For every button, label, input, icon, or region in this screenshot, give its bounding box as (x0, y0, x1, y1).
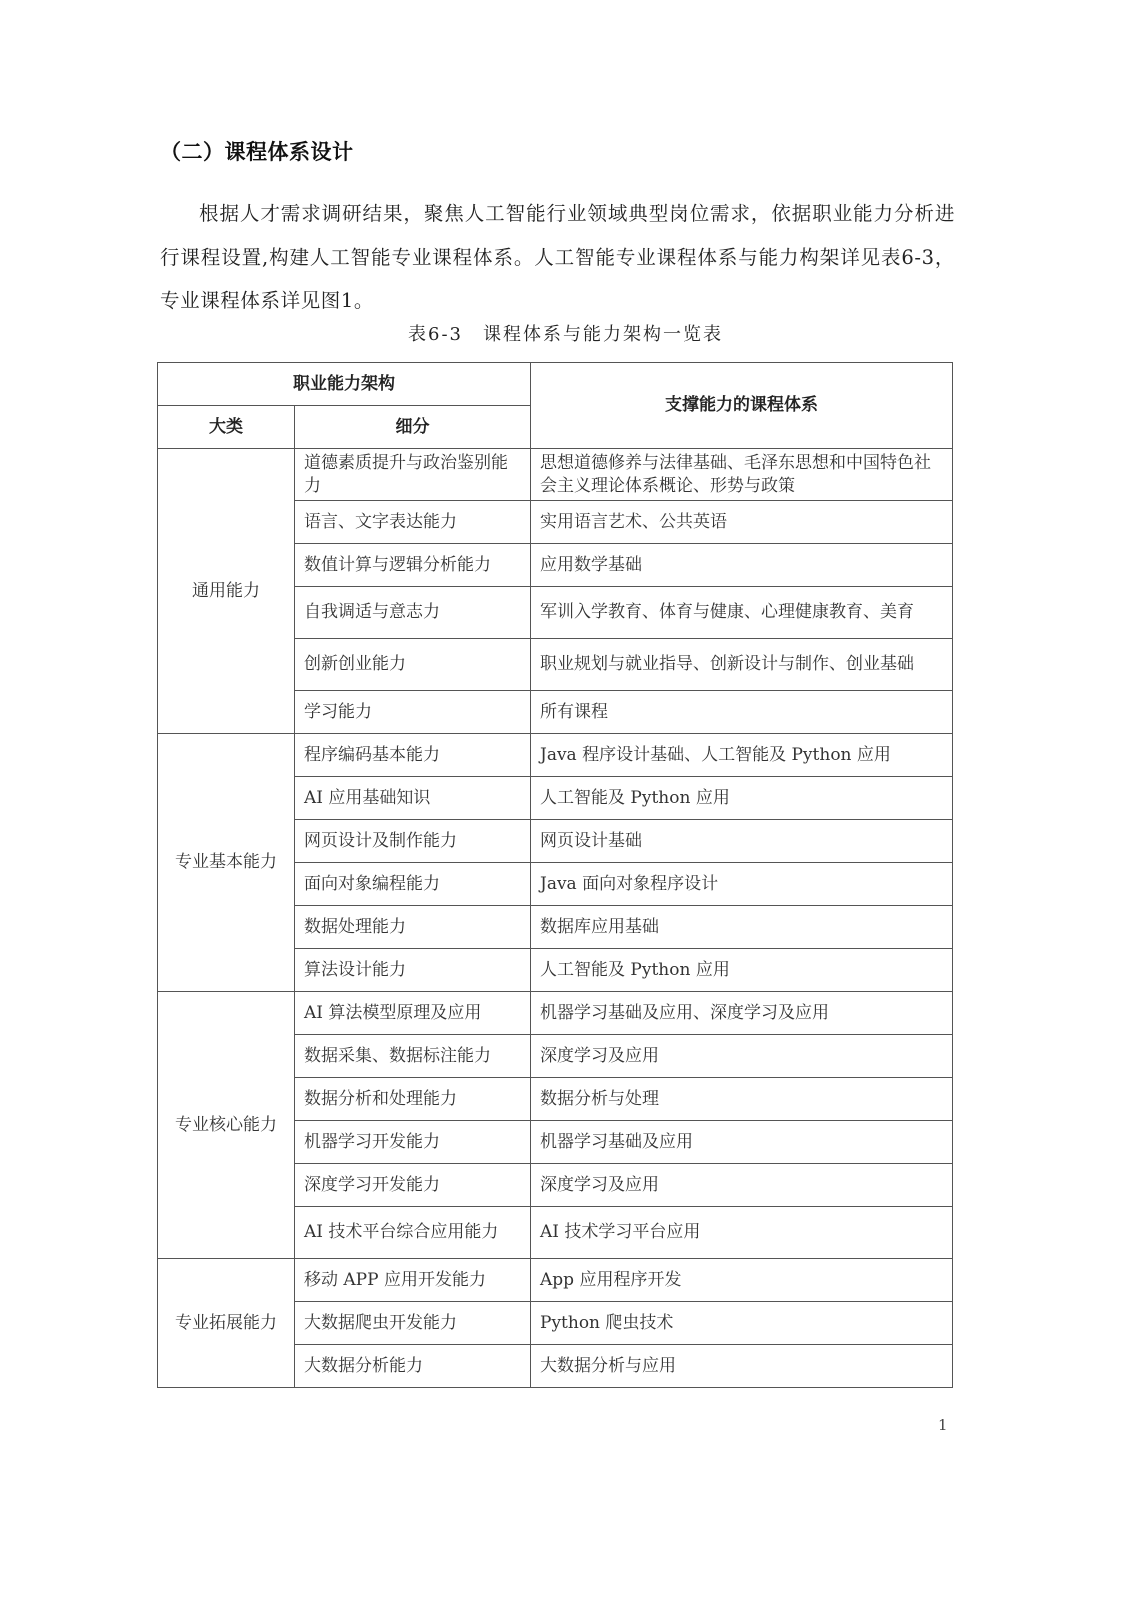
courses-cell: 深度学习及应用 (531, 1035, 953, 1078)
category-cell: 专业基本能力 (158, 734, 295, 992)
courses-cell: 机器学习基础及应用、深度学习及应用 (531, 992, 953, 1035)
courses-cell: Python 爬虫技术 (531, 1302, 953, 1345)
courses-cell: 军训入学教育、体育与健康、心理健康教育、美育 (531, 587, 953, 639)
courses-cell: 网页设计基础 (531, 820, 953, 863)
category-cell: 专业拓展能力 (158, 1259, 295, 1388)
subdivision-cell: 深度学习开发能力 (295, 1164, 531, 1207)
courses-cell: AI 技术学习平台应用 (531, 1207, 953, 1259)
courses-cell: 思想道德修养与法律基础、毛泽东思想和中国特色社会主义理论体系概论、形势与政策 (531, 449, 953, 501)
subdivision-cell: 自我调适与意志力 (295, 587, 531, 639)
capability-course-table: 职业能力架构 支撑能力的课程体系 大类 细分 通用能力 道德素质提升与政治鉴别能… (157, 362, 953, 1388)
header-supporting-courses: 支撑能力的课程体系 (531, 363, 953, 449)
table-row: 通用能力 道德素质提升与政治鉴别能力 思想道德修养与法律基础、毛泽东思想和中国特… (158, 449, 953, 501)
subdivision-cell: AI 应用基础知识 (295, 777, 531, 820)
courses-cell: 数据库应用基础 (531, 906, 953, 949)
header-capability-framework: 职业能力架构 (158, 363, 531, 406)
courses-cell: 职业规划与就业指导、创新设计与制作、创业基础 (531, 639, 953, 691)
subdivision-cell: 道德素质提升与政治鉴别能力 (295, 449, 531, 501)
section-heading: （二）课程体系设计 (160, 136, 354, 166)
courses-cell: 应用数学基础 (531, 544, 953, 587)
table-caption: 表6-3 课程体系与能力架构一览表 (0, 320, 1131, 346)
courses-cell: 所有课程 (531, 691, 953, 734)
subdivision-cell: 语言、文字表达能力 (295, 501, 531, 544)
courses-cell: 实用语言艺术、公共英语 (531, 501, 953, 544)
table-header-row: 职业能力架构 支撑能力的课程体系 (158, 363, 953, 406)
subdivision-cell: 移动 APP 应用开发能力 (295, 1259, 531, 1302)
courses-cell: 深度学习及应用 (531, 1164, 953, 1207)
subdivision-cell: 创新创业能力 (295, 639, 531, 691)
category-cell: 通用能力 (158, 449, 295, 734)
courses-cell: Java 程序设计基础、人工智能及 Python 应用 (531, 734, 953, 777)
subdivision-cell: 网页设计及制作能力 (295, 820, 531, 863)
courses-cell: 人工智能及 Python 应用 (531, 949, 953, 992)
subdivision-cell: 机器学习开发能力 (295, 1121, 531, 1164)
subdivision-cell: 程序编码基本能力 (295, 734, 531, 777)
category-cell: 专业核心能力 (158, 992, 295, 1259)
header-subdivision: 细分 (295, 406, 531, 449)
intro-paragraph: 根据人才需求调研结果，聚焦人工智能行业领域典型岗位需求，依据职业能力分析进行课程… (160, 192, 955, 323)
courses-cell: 机器学习基础及应用 (531, 1121, 953, 1164)
header-category: 大类 (158, 406, 295, 449)
courses-cell: 人工智能及 Python 应用 (531, 777, 953, 820)
subdivision-cell: 面向对象编程能力 (295, 863, 531, 906)
table-row: 专业基本能力 程序编码基本能力 Java 程序设计基础、人工智能及 Python… (158, 734, 953, 777)
subdivision-cell: AI 算法模型原理及应用 (295, 992, 531, 1035)
page-number: 1 (938, 1416, 948, 1434)
subdivision-cell: 数据处理能力 (295, 906, 531, 949)
subdivision-cell: 算法设计能力 (295, 949, 531, 992)
subdivision-cell: 大数据分析能力 (295, 1345, 531, 1388)
table-row: 专业拓展能力 移动 APP 应用开发能力 App 应用程序开发 (158, 1259, 953, 1302)
subdivision-cell: AI 技术平台综合应用能力 (295, 1207, 531, 1259)
subdivision-cell: 数据分析和处理能力 (295, 1078, 531, 1121)
subdivision-cell: 数据采集、数据标注能力 (295, 1035, 531, 1078)
table-row: 专业核心能力 AI 算法模型原理及应用 机器学习基础及应用、深度学习及应用 (158, 992, 953, 1035)
subdivision-cell: 数值计算与逻辑分析能力 (295, 544, 531, 587)
subdivision-cell: 学习能力 (295, 691, 531, 734)
subdivision-cell: 大数据爬虫开发能力 (295, 1302, 531, 1345)
courses-cell: App 应用程序开发 (531, 1259, 953, 1302)
courses-cell: Java 面向对象程序设计 (531, 863, 953, 906)
courses-cell: 数据分析与处理 (531, 1078, 953, 1121)
courses-cell: 大数据分析与应用 (531, 1345, 953, 1388)
